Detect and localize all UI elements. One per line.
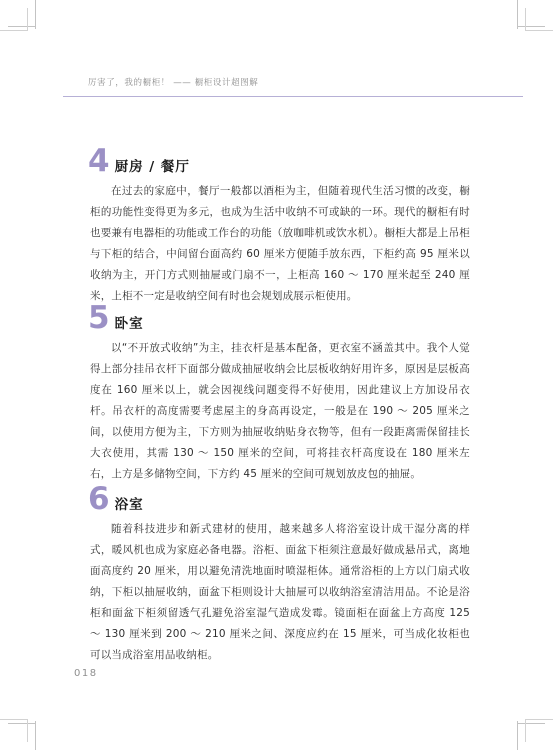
section-number: 4	[88, 146, 110, 176]
section-heading: 5 卧室	[88, 303, 472, 333]
section-heading: 4 厨房 / 餐厅	[88, 146, 472, 176]
section-body-text: 以“不开放式收纳”为主，挂衣杆是基本配备，更衣室不涵盖其中。我个人觉得上部分挂吊…	[90, 338, 470, 485]
crop-mark-bottom-left	[0, 716, 40, 750]
section-title: 卧室	[115, 318, 144, 332]
book-page: 厉害了，我的橱柜！ —— 橱柜设计超图解 4 厨房 / 餐厅 在过去的家庭中，餐…	[0, 0, 553, 750]
crop-mark-top-left	[0, 0, 40, 34]
header-rule	[63, 96, 523, 97]
section-kitchen-dining: 4 厨房 / 餐厅 在过去的家庭中，餐厅一般都以酒柜为主，但随着现代生活习惯的改…	[88, 146, 472, 307]
section-heading: 6 浴室	[88, 484, 472, 514]
running-head: 厉害了，我的橱柜！ —— 橱柜设计超图解	[88, 76, 258, 88]
section-bedroom: 5 卧室 以“不开放式收纳”为主，挂衣杆是基本配备，更衣室不涵盖其中。我个人觉得…	[88, 303, 472, 485]
crop-mark-bottom-right	[513, 716, 553, 750]
section-number: 6	[88, 484, 110, 514]
section-bathroom: 6 浴室 随着科技进步和新式建材的使用，越来越多人将浴室设计成干湿分离的样式，暖…	[88, 484, 472, 666]
section-body-text: 随着科技进步和新式建材的使用，越来越多人将浴室设计成干湿分离的样式，暖风机也成为…	[90, 519, 470, 666]
section-number: 5	[88, 303, 110, 333]
section-title: 厨房 / 餐厅	[115, 161, 190, 175]
section-title: 浴室	[115, 499, 144, 513]
crop-mark-top-right	[513, 0, 553, 34]
section-body-text: 在过去的家庭中，餐厅一般都以酒柜为主，但随着现代生活习惯的改变，橱柜的功能性变得…	[90, 181, 470, 307]
page-number: 018	[74, 668, 98, 679]
